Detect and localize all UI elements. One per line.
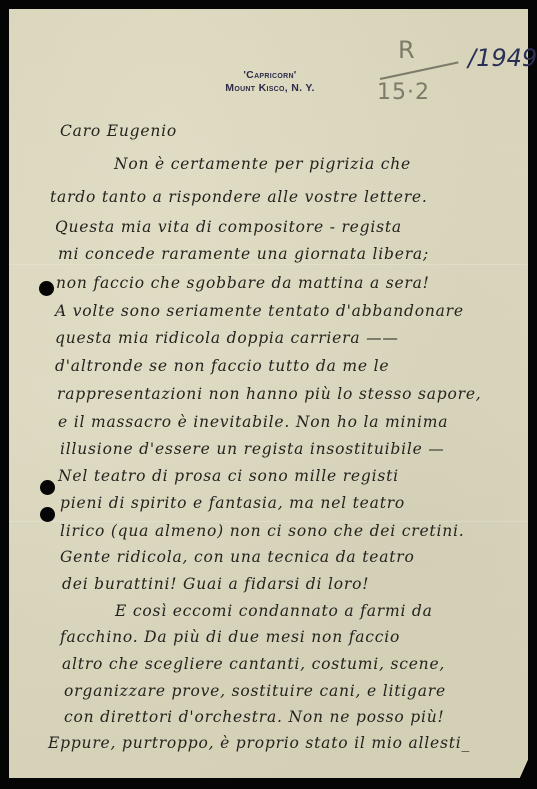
letter-line: mi concede raramente una giornata libera… <box>58 245 429 263</box>
letter-line: E così eccomi condannato a farmi da <box>115 602 433 620</box>
letter-line: dei burattini! Guai a fidarsi di loro! <box>62 575 369 593</box>
letter-line: d'altronde se non faccio tutto da me le <box>55 357 389 375</box>
letter-line: non faccio che sgobbare da mattina a ser… <box>56 274 430 292</box>
punch-hole <box>39 281 54 296</box>
archive-date: 15·2 <box>377 80 430 105</box>
letterhead-name: 'Capricorn' <box>200 69 340 82</box>
letter-line: Gente ridicola, con una tecnica da teatr… <box>60 548 415 566</box>
letter-line: questa mia ridicola doppia carriera —— <box>55 329 399 347</box>
letter-line: Questa mia vita di compositore - regista <box>55 218 402 236</box>
letterhead: 'Capricorn' Mount Kisco, N. Y. <box>200 69 340 95</box>
letter-line: con direttori d'orchestra. Non ne posso … <box>64 708 445 726</box>
punch-hole <box>40 507 55 522</box>
paper-fold-line <box>9 264 528 265</box>
letter-line: A volte sono seriamente tentato d'abband… <box>55 302 464 320</box>
letter-line: rappresentazioni non hanno più lo stesso… <box>57 385 482 403</box>
punch-hole <box>40 480 55 495</box>
letter-line: illusione d'essere un regista insostitui… <box>60 440 445 458</box>
letter-line: Eppure, purtroppo, è proprio stato il mi… <box>48 734 470 752</box>
letter-line: e il massacro è inevitabile. Non ho la m… <box>58 413 448 431</box>
salutation: Caro Eugenio <box>60 122 177 140</box>
letter-line: altro che scegliere cantanti, costumi, s… <box>62 655 445 673</box>
letter-line: Nel teatro di prosa ci sono mille regist… <box>58 467 399 485</box>
archive-year: /1949 <box>468 44 537 72</box>
letter-line: lirico (qua almeno) non ci sono che dei … <box>60 522 464 540</box>
letter-line: pieni di spirito e fantasia, ma nel teat… <box>60 494 405 512</box>
letter-line: facchino. Da più di due mesi non faccio <box>60 628 400 646</box>
letter-line: tardo tanto a rispondere alle vostre let… <box>50 188 428 206</box>
letterhead-place: Mount Kisco, N. Y. <box>200 82 340 95</box>
archive-mark: R <box>398 36 415 64</box>
letter-line: Non è certamente per pigrizia che <box>114 155 411 173</box>
letter-line: organizzare prove, sostituire cani, e li… <box>64 682 446 700</box>
